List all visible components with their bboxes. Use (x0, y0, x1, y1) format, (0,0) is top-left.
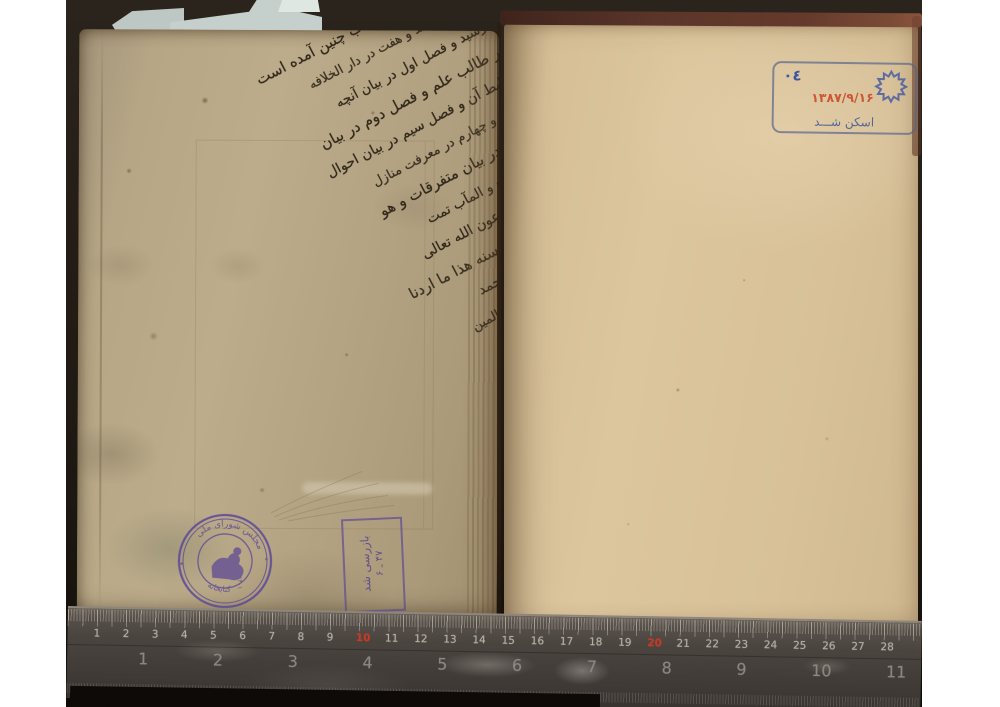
cm-number: 24 (764, 639, 778, 651)
cm-number: 8 (297, 631, 304, 643)
book-spine (497, 22, 501, 630)
cm-number: 22 (705, 638, 719, 650)
left-manuscript-page: هو الله تعالی شأنه العزیز و به نستعین و … (77, 29, 500, 621)
cm-number: 21 (676, 638, 690, 650)
library-stamp: مجلس شورای ملی کتابخانه ۱۳۰۱ ٭ ٭ (166, 502, 285, 621)
cm-number: 19 (618, 637, 632, 649)
inch-number: 2 (213, 651, 224, 670)
inch-number: 10 (811, 661, 832, 680)
cm-number: 6 (239, 630, 246, 642)
stamp-side-mark: ٭ (179, 559, 186, 569)
scan-stamp: ٠٤ ۱۳۸۷/۹/۱۶ اسکن شـــد (772, 61, 918, 135)
cm-number: 14 (472, 634, 486, 646)
cm-number: 2 (123, 628, 130, 640)
inch-number: 4 (362, 653, 373, 672)
cm-number: 17 (560, 636, 574, 648)
cm-number: 23 (735, 639, 749, 651)
cm-number: 13 (443, 634, 457, 646)
cm-number: 26 (822, 640, 836, 652)
cm-number: 25 (793, 640, 807, 652)
inch-number: 7 (587, 657, 598, 676)
scan-stamp-number: ٠٤ (783, 66, 802, 84)
inspection-stamp-line2: ۴۷ ـ ۶ (372, 520, 387, 606)
cm-number: 7 (268, 631, 275, 643)
inch-number: 3 (287, 652, 298, 671)
tape-fragment (278, 0, 320, 12)
cm-number: 5 (210, 629, 217, 641)
cm-number: 4 (181, 629, 188, 641)
book-photograph: هو الله تعالی شأنه العزیز و به نستعین و … (66, 0, 922, 707)
inch-number: 9 (736, 660, 747, 679)
cm-number: 20 (647, 637, 662, 649)
stamp-side-mark: ٭ (263, 554, 270, 564)
faint-pencil-sketch (266, 455, 416, 526)
manuscript-scan-page: هو الله تعالی شأنه العزیز و به نستعین و … (0, 0, 1000, 707)
inspection-stamp-text: بازرسی شد ۴۷ ـ ۶ (343, 519, 400, 607)
cm-number: 28 (880, 641, 894, 653)
inch-number: 1 (138, 649, 149, 668)
scan-stamp-label: اسکن شـــد (774, 114, 915, 130)
cm-number: 27 (851, 641, 865, 653)
scan-stamp-date: ۱۳۸۷/۹/۱۶ (774, 90, 911, 105)
cm-number: 9 (327, 632, 334, 644)
inspection-stamp: بازرسی شد ۴۷ ـ ۶ (341, 517, 406, 614)
inch-number: 6 (512, 656, 523, 675)
cm-number: 12 (414, 633, 428, 645)
ruler-inch-scale: 1234567891011 (67, 648, 921, 687)
cm-number: 11 (385, 633, 399, 645)
cm-number: 1 (93, 627, 100, 639)
svg-text:کتابخانه: کتابخانه (206, 580, 234, 596)
cm-number: 15 (501, 635, 515, 647)
cm-number: 3 (152, 628, 159, 640)
cm-number: 10 (356, 632, 371, 644)
inch-number: 5 (437, 654, 448, 673)
gutter-streaks (467, 31, 500, 621)
library-stamp-bottom-text: کتابخانه (206, 580, 234, 596)
inch-number: 11 (886, 662, 907, 681)
inspection-stamp-line1: بازرسی شد (356, 520, 374, 607)
cm-number: 18 (589, 636, 603, 648)
book-cover-edge (500, 11, 922, 28)
inch-number: 8 (661, 658, 672, 677)
cm-number: 16 (531, 635, 545, 647)
library-stamp-year: ۱۳۰۱ (236, 576, 243, 589)
